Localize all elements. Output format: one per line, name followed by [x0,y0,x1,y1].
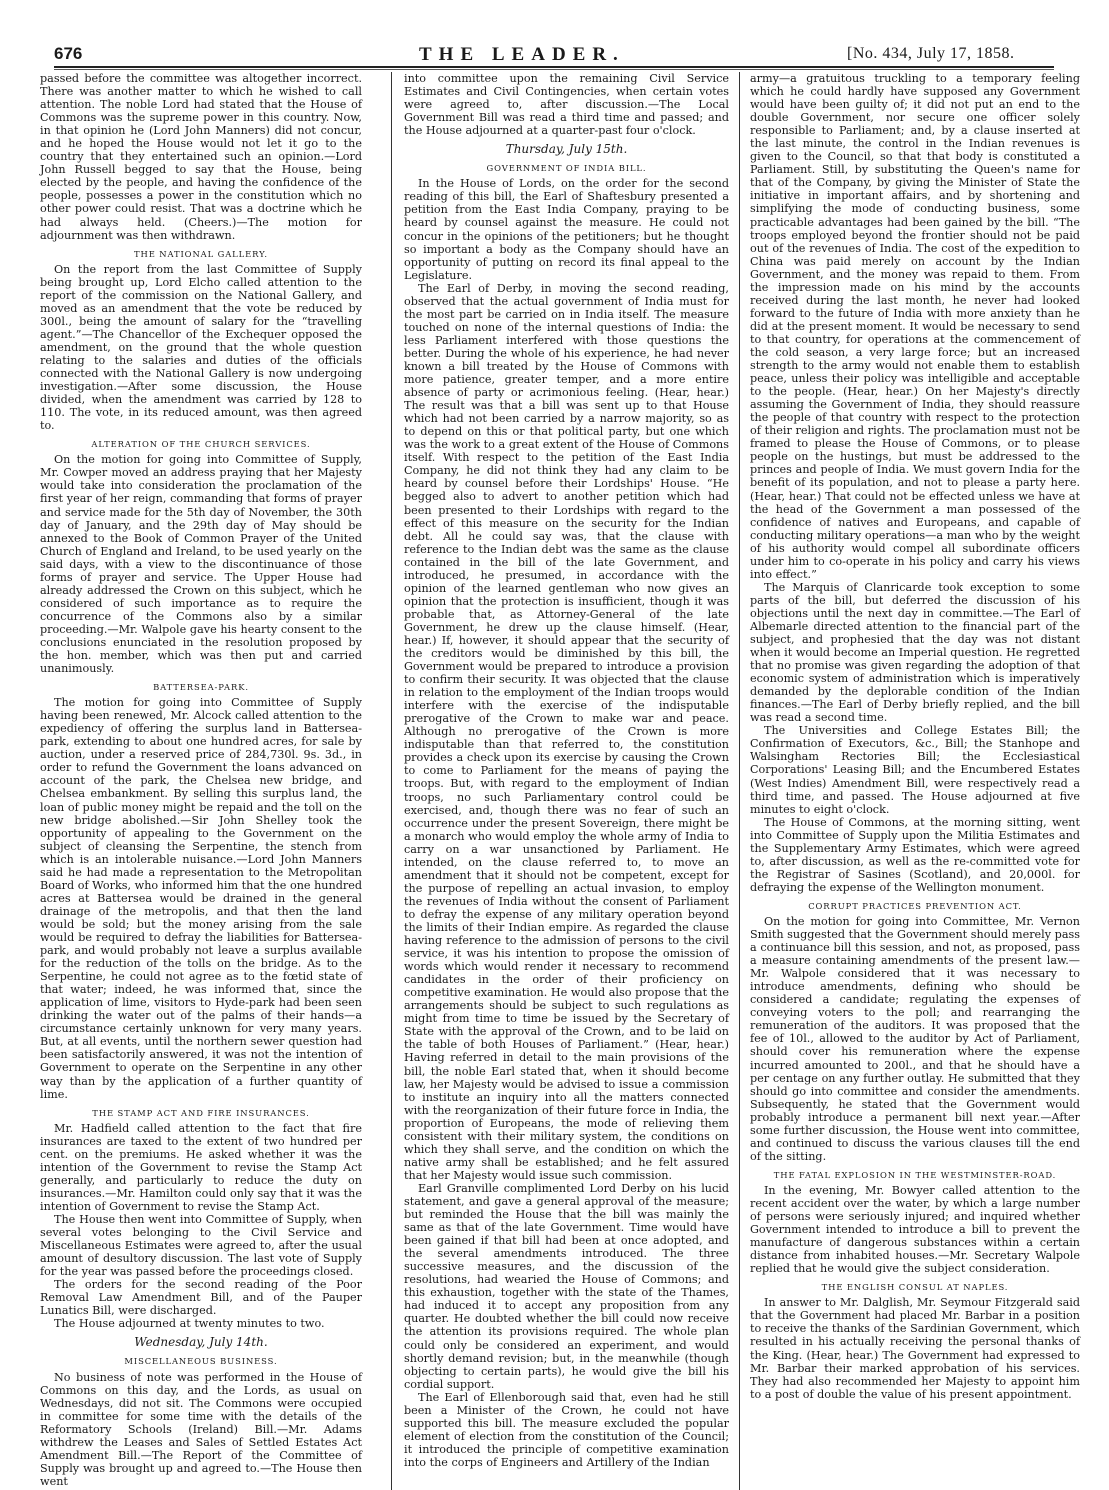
newspaper-title: THE LEADER. [419,44,625,66]
paragraph: The orders for the second reading of the… [40,1278,362,1317]
section-heading: Corrupt Practices Prevention Act. [750,900,1080,913]
paragraph: In the House of Lords, on the order for … [404,177,729,281]
masthead-rule [54,66,1054,70]
paragraph: The motion for going into Committee of S… [40,696,362,1100]
paragraph: On the motion for going into Committee, … [750,915,1080,1163]
paragraph: Mr. Hadfield called attention to the fac… [40,1122,362,1213]
paragraph: In the evening, Mr. Bowyer called attent… [750,1184,1080,1275]
page-number: 676 [54,44,82,64]
section-heading: Battersea-Park. [40,681,362,694]
section-heading: Alteration of the Church Services. [40,438,362,451]
paragraph: On the motion for going into Committee o… [40,453,362,675]
section-heading: Government of India Bill. [404,162,729,175]
paragraph: In answer to Mr. Dalglish, Mr. Seymour F… [750,1296,1080,1400]
paragraph: into committee upon the remaining Civil … [404,72,729,137]
paragraph: On the report from the last Committee of… [40,263,362,433]
section-heading: The National Gallery. [40,248,362,261]
section-heading: The Stamp Act and Fire Insurances. [40,1107,362,1120]
column-1: passed before the committee was altogeth… [40,72,362,1488]
paragraph: The Universities and College Estates Bil… [750,724,1080,815]
section-heading: Miscellaneous Business. [40,1355,362,1368]
paragraph: The Earl of Ellenborough said that, even… [404,1391,729,1469]
issue-date: [No. 434, July 17, 1858. [847,45,1015,63]
masthead: 676 THE LEADER. [No. 434, July 17, 1858. [54,44,1104,66]
date-heading: Thursday, July 15th. [404,143,729,156]
paragraph: The House then went into Committee of Su… [40,1213,362,1278]
date-heading: Wednesday, July 14th. [40,1336,362,1349]
section-heading: The Fatal Explosion in the Westminster-R… [750,1169,1080,1182]
paragraph: No business of note was performed in the… [40,1371,362,1488]
column-3: army—a gratuitous truckling to a tempora… [739,72,1080,1490]
paragraph: The Marquis of Clanricarde took exceptio… [750,581,1080,725]
paragraph: army—a gratuitous truckling to a tempora… [750,72,1080,581]
paragraph: The House adjourned at twenty minutes to… [40,1317,362,1330]
paragraph: Earl Granville complimented Lord Derby o… [404,1182,729,1391]
paragraph: passed before the committee was altogeth… [40,72,362,242]
paragraph: The Earl of Derby, in moving the second … [404,282,729,1182]
section-heading: The English Consul at Naples. [750,1281,1080,1294]
column-2: into committee upon the remaining Civil … [391,72,729,1490]
paragraph: The House of Commons, at the morning sit… [750,816,1080,894]
